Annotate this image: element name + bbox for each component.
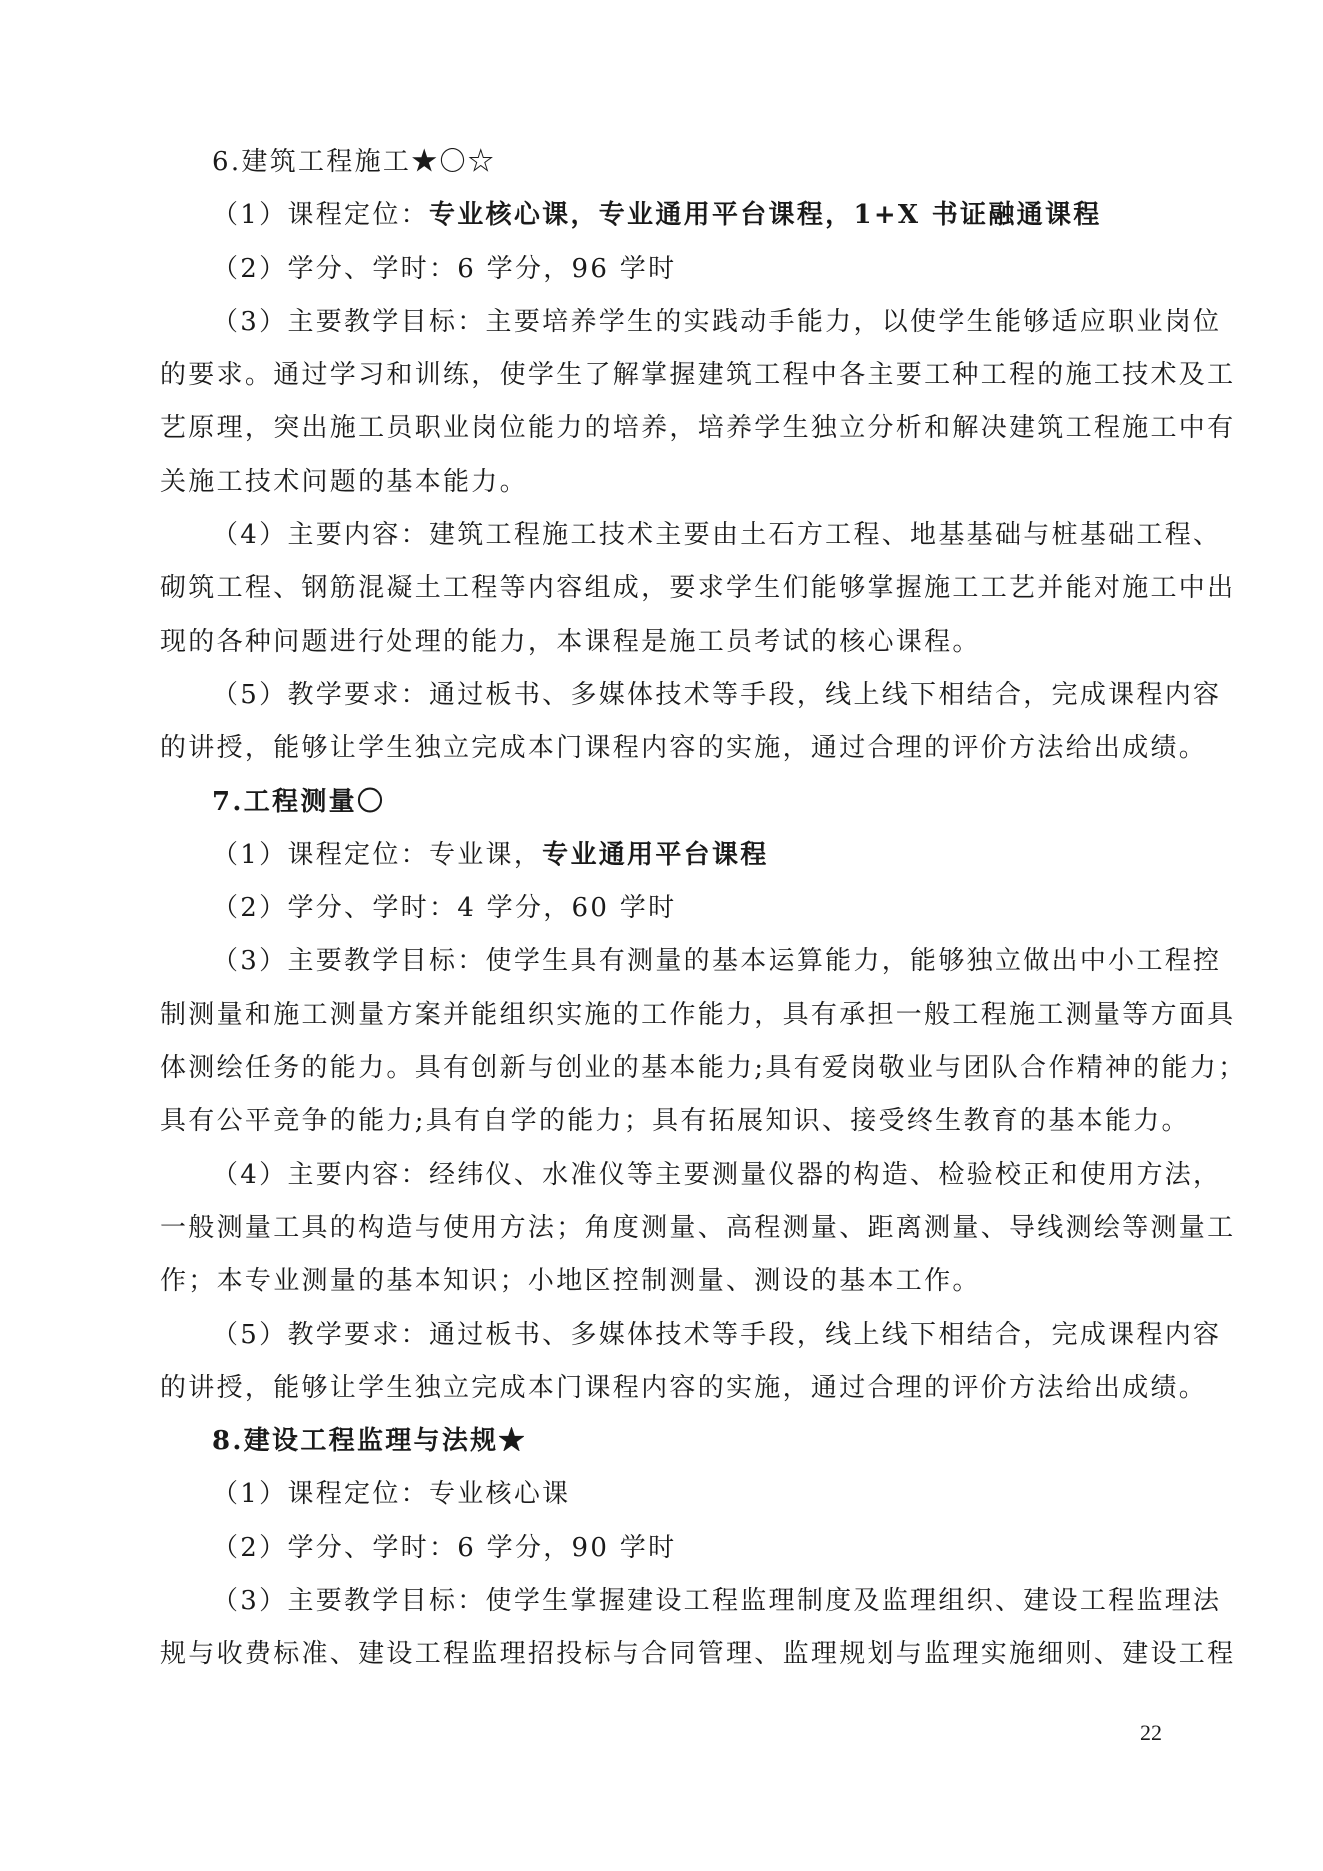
goals-line: 规与收费标准、建设工程监理招投标与合同管理、监理规划与监理实施细则、建设工程 [160,1628,1164,1681]
positioning-value-plain: 专业课， [429,840,542,870]
requirements-line: （5）教学要求：通过板书、多媒体技术等手段，线上线下相结合，完成课程内容 [160,1309,1164,1362]
content-line: 一般测量工具的构造与使用方法；角度测量、高程测量、距离测量、导线测绘等测量工 [160,1202,1164,1255]
goals-line: （3）主要教学目标：主要培养学生的实践动手能力，以使学生能够适应职业岗位 [160,296,1164,349]
positioning-value: 专业核心课，专业通用平台课程，1+X 书证融通课程 [429,200,1102,230]
positioning-label: （1）课程定位： [212,1479,429,1509]
course-section-7: 7.工程测量〇 （1）课程定位：专业课，专业通用平台课程 （2）学分、学时：4 … [160,776,1164,1416]
content-line: （4）主要内容：建筑工程施工技术主要由土石方工程、地基基础与桩基础工程、 [160,509,1164,562]
course-heading: 7.工程测量〇 [160,776,1164,829]
page-number: 22 [1140,1720,1162,1746]
course-positioning: （1）课程定位：专业核心课，专业通用平台课程，1+X 书证融通课程 [160,189,1164,242]
content-line: 砌筑工程、钢筋混凝土工程等内容组成，要求学生们能够掌握施工工艺并能对施工中出 [160,562,1164,615]
course-credits: （2）学分、学时：6 学分，96 学时 [160,243,1164,296]
course-positioning: （1）课程定位：专业核心课 [160,1468,1164,1521]
goals-line: 关施工技术问题的基本能力。 [160,456,1164,509]
course-section-6: 6.建筑工程施工★〇☆ （1）课程定位：专业核心课，专业通用平台课程，1+X 书… [160,136,1164,776]
requirements-line: 的讲授，能够让学生独立完成本门课程内容的实施，通过合理的评价方法给出成绩。 [160,722,1164,775]
content-line: 作；本专业测量的基本知识；小地区控制测量、测设的基本工作。 [160,1255,1164,1308]
goals-line: （3）主要教学目标：使学生掌握建设工程监理制度及监理组织、建设工程监理法 [160,1575,1164,1628]
goals-line: （3）主要教学目标：使学生具有测量的基本运算能力，能够独立做出中小工程控 [160,935,1164,988]
positioning-value-plain: 专业核心课 [429,1479,571,1509]
goals-line: 艺原理，突出施工员职业岗位能力的培养，培养学生独立分析和解决建筑工程施工中有 [160,402,1164,455]
content-line: 现的各种问题进行处理的能力，本课程是施工员考试的核心课程。 [160,616,1164,669]
course-heading: 6.建筑工程施工★〇☆ [160,136,1164,189]
positioning-label: （1）课程定位： [212,200,429,230]
course-credits: （2）学分、学时：6 学分，90 学时 [160,1522,1164,1575]
goals-line: 的要求。通过学习和训练，使学生了解掌握建筑工程中各主要工种工程的施工技术及工 [160,349,1164,402]
goals-line: 具有公平竞争的能力;具有自学的能力；具有拓展知识、接受终生教育的基本能力。 [160,1095,1164,1148]
goals-line: 制测量和施工测量方案并能组织实施的工作能力，具有承担一般工程施工测量等方面具 [160,989,1164,1042]
course-positioning: （1）课程定位：专业课，专业通用平台课程 [160,829,1164,882]
document-page: 6.建筑工程施工★〇☆ （1）课程定位：专业核心课，专业通用平台课程，1+X 书… [160,136,1164,1682]
course-section-8: 8.建设工程监理与法规★ （1）课程定位：专业核心课 （2）学分、学时：6 学分… [160,1415,1164,1681]
course-credits: （2）学分、学时：4 学分，60 学时 [160,882,1164,935]
content-line: （4）主要内容：经纬仪、水准仪等主要测量仪器的构造、检验校正和使用方法， [160,1149,1164,1202]
course-heading: 8.建设工程监理与法规★ [160,1415,1164,1468]
requirements-line: （5）教学要求：通过板书、多媒体技术等手段，线上线下相结合，完成课程内容 [160,669,1164,722]
positioning-value: 专业通用平台课程 [542,840,768,870]
requirements-line: 的讲授，能够让学生独立完成本门课程内容的实施，通过合理的评价方法给出成绩。 [160,1362,1164,1415]
goals-line: 体测绘任务的能力。具有创新与创业的基本能力;具有爱岗敬业与团队合作精神的能力； [160,1042,1164,1095]
positioning-label: （1）课程定位： [212,840,429,870]
